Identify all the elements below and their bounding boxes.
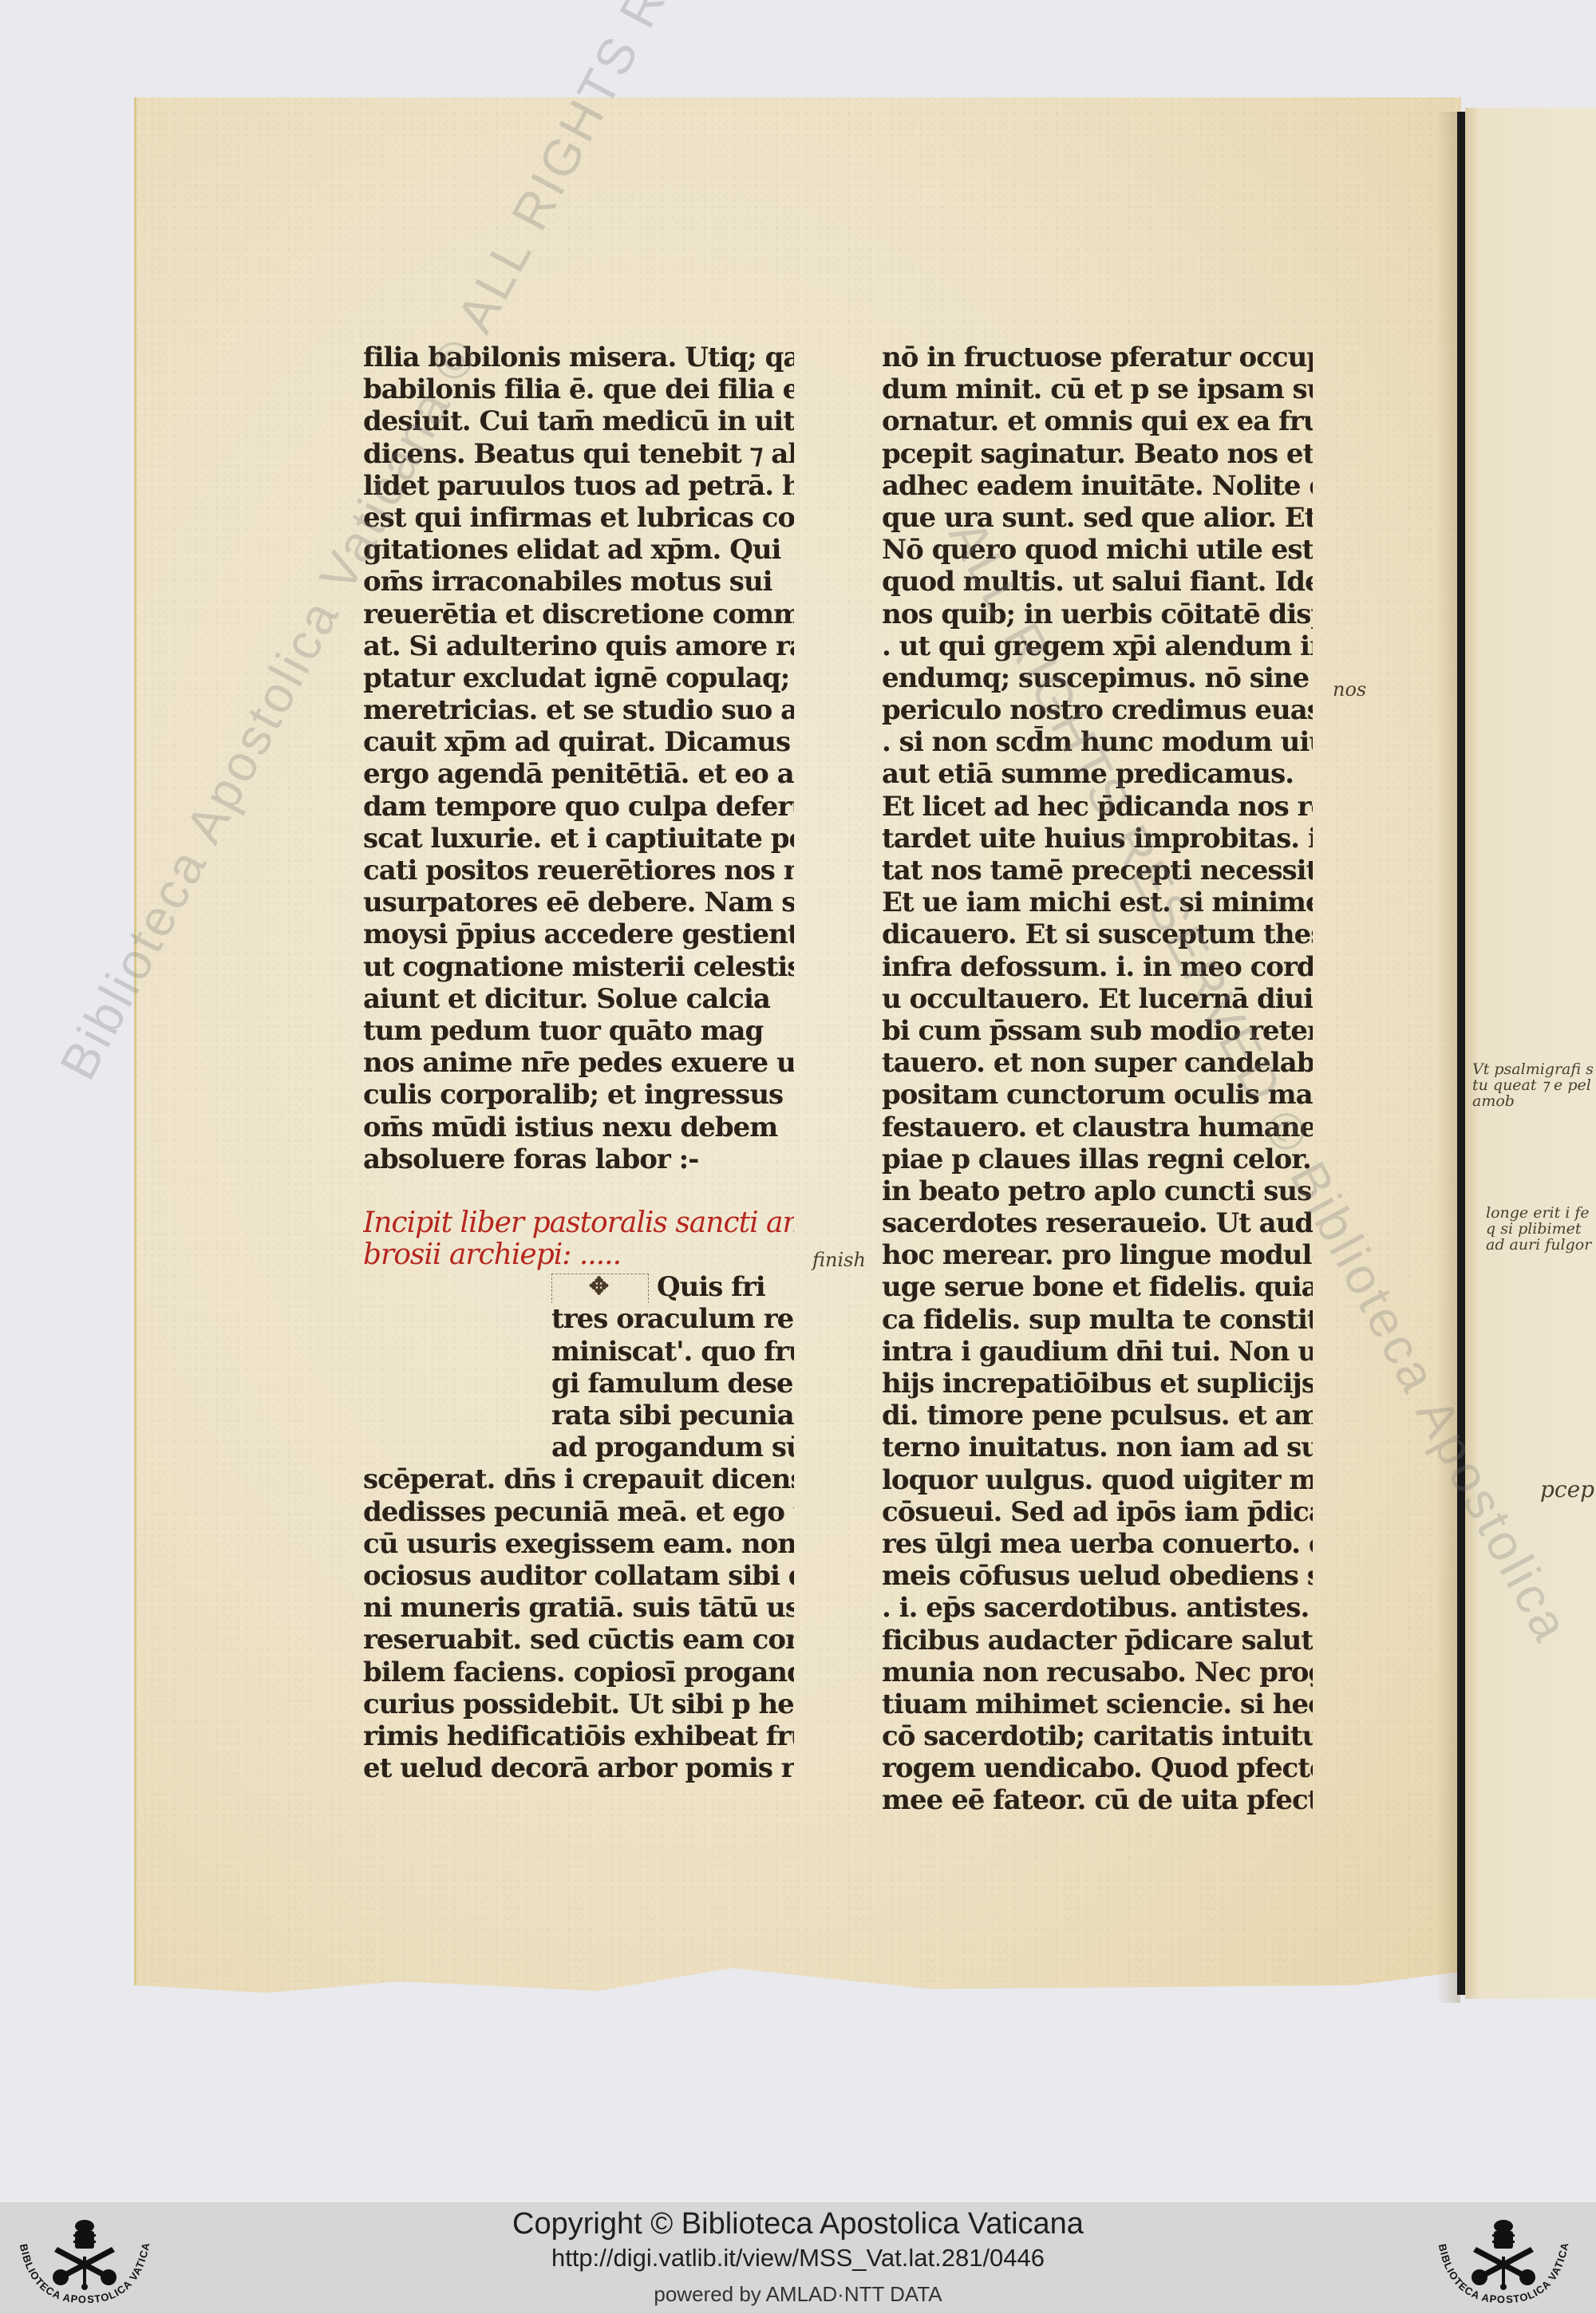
margin-note-finish: finish — [812, 1249, 866, 1271]
manuscript-line: ca fidelis. sup multa te constituam. — [882, 1304, 1313, 1336]
manuscript-line: om̄s irraconabiles motus sui — [363, 566, 794, 598]
manuscript-line: ergo agendā penitētiā. et eo agē — [363, 758, 794, 790]
manuscript-line: reuerētia et discretione commu — [363, 598, 794, 630]
manuscript-line: reseruabit. sed cūctis eam communica — [363, 1624, 794, 1656]
manuscript-line: hijs increpatiōibus et suplicijs sub — [882, 1368, 1313, 1400]
manuscript-line: ptatur excludat ignē copulaq; — [363, 662, 794, 694]
manuscript-line: pcepit saginatur. Beato nos et aplo — [882, 438, 1313, 470]
manuscript-line: meis cōfusus uelud obediens seruus. — [882, 1560, 1313, 1592]
copyright-text: Copyright © Biblioteca Apostolica Vatica… — [0, 2207, 1596, 2241]
manuscript-line: dum minit. cū et p se ipsam suis pomi — [882, 373, 1313, 405]
manuscript-line: tat nos tamē precepti necessitas. — [882, 855, 1313, 887]
manuscript-line: ni muneris gratiā. suis tātū usib; — [363, 1592, 794, 1624]
next-leaf — [1465, 108, 1596, 1999]
manuscript-line: nos anime nr̄e pedes exuere ui — [363, 1047, 794, 1079]
manuscript-line: . i. ep̄s sacerdotibus. antistes. pōti — [882, 1592, 1313, 1624]
manuscript-line: rata sibi pecunia q̄ — [363, 1400, 794, 1431]
manuscript-line: tiuam mihimet sciencie. si hec meis — [882, 1688, 1313, 1720]
manuscript-line: Et ue iam michi est. si minime p̄di — [882, 887, 1313, 918]
scan-background: filia babilonis misera. Utiq; qababiloni… — [0, 0, 1596, 2202]
manuscript-line: rogem uendicabo. Quod pfecte uite — [882, 1752, 1313, 1784]
powered-by-text: powered by AMLAD·NTT DATA — [0, 2282, 1596, 2307]
manuscript-line: quod multis. ut salui fiant. Ideo ergo — [882, 566, 1313, 598]
manuscript-line: nos quib; in uerbis cōitatē dispensatio — [882, 598, 1313, 630]
manuscript-line: que ura sunt. sed que alior. Et alibi — [882, 502, 1313, 534]
next-leaf-note-2: longe erit i fe q si plibimet ad auri fu… — [1486, 1205, 1591, 1253]
next-leaf-line: amob — [1472, 1093, 1594, 1109]
manuscript-line: in beato petro aplo cuncti suscepimus — [882, 1175, 1313, 1207]
manuscript-line: est qui infirmas et lubricas co — [363, 502, 794, 534]
manuscript-line: tres oraculum re — [363, 1303, 794, 1335]
manuscript-line: ad progandum sū — [363, 1431, 794, 1463]
manuscript-line: culis corporalib; et ingressus — [363, 1079, 794, 1111]
manuscript-line: gitationes elidat ad xp̄m. Qui — [363, 534, 794, 566]
manuscript-line: aiunt et dicitur. Solue calcia — [363, 983, 794, 1015]
manuscript-line: dam tempore quo culpa deferue — [363, 791, 794, 823]
next-leaf-note-1: Vt psalmigrafi s tu queat ⁊ e pel amob — [1472, 1061, 1594, 1109]
manuscript-line: cōsueui. Sed ad ipōs iam p̄dicato — [882, 1496, 1313, 1528]
manuscript-line: dicauero. Et si susceptum thesaurū — [882, 918, 1313, 950]
manuscript-line: cati positos reuerētiores nos nō — [363, 855, 794, 887]
manuscript-line: cō sacerdotib; caritatis intuitu. pre — [882, 1720, 1313, 1752]
manuscript-line: terno inuitatus. non iam ad subditum — [882, 1431, 1313, 1463]
manuscript-line: intra i gaudium dn̄i tui. Non uerens — [882, 1336, 1313, 1368]
manuscript-line: infra defossum. i. in meo corde di — [882, 951, 1313, 983]
manuscript-line: curius possidebit. Ut sibi p hec et plu — [363, 1688, 794, 1720]
manuscript-line: hoc merear. pro lingue modulo. E — [882, 1239, 1313, 1271]
next-leaf-line: tu queat ⁊ e pel — [1472, 1077, 1594, 1093]
manuscript-line: lidet paruulos tuos ad petrā. hec — [363, 470, 794, 502]
spacer — [363, 1175, 794, 1207]
manuscript-line: adhec eadem inuitāte. Nolite querere — [882, 470, 1313, 502]
manuscript-line: ociosus auditor collatam sibi diui — [363, 1560, 794, 1592]
manuscript-line: bilem faciens. copiosī progando se — [363, 1657, 794, 1688]
manuscript-line: et uelud decorā arbor pomis referta i — [363, 1752, 794, 1784]
manuscript-line: piae p claues illas regni celor. qua — [882, 1143, 1313, 1175]
manuscript-line: cauit xp̄m ad quirat. Dicamus — [363, 726, 794, 758]
next-leaf-line: longe erit i fe — [1486, 1205, 1591, 1221]
manuscript-line: scat luxurie. et i captiuitate pec — [363, 823, 794, 855]
manuscript-line: usurpatores eē debere. Nam si — [363, 887, 794, 918]
decorated-initial-icon — [551, 1273, 649, 1303]
manuscript-line: miniscat'. quo fru — [363, 1336, 794, 1368]
manuscript-line: meretricias. et se studio suo abdi — [363, 694, 794, 726]
manuscript-line: gi famulum dese — [363, 1368, 794, 1400]
viewer-footer: Copyright © Biblioteca Apostolica Vatica… — [0, 2202, 1596, 2314]
text-column-left: filia babilonis misera. Utiq; qababiloni… — [363, 342, 794, 1784]
papal-coat-of-arms-icon: BIBLIOTECA APOSTOLICA VATICANA — [5, 2209, 164, 2309]
papal-coat-of-arms-icon: BIBLIOTECA APOSTOLICA VATICANA — [1424, 2209, 1583, 2309]
manuscript-line: dedisses pecuniā meā. et ego ueiens — [363, 1496, 794, 1528]
next-leaf-line: q si plibimet — [1486, 1221, 1591, 1237]
manuscript-line: di. timore pene pculsus. et amore fi — [882, 1400, 1313, 1431]
manuscript-line: mee eē fateor. cū de uita pfecta al — [882, 1784, 1313, 1816]
manuscript-line: om̄s mūdi istius nexu debem — [363, 1112, 794, 1143]
manuscript-line: loquor uulgus. quod uigiter mone — [882, 1464, 1313, 1496]
next-leaf-line: ad auri fulgor — [1486, 1237, 1591, 1253]
manuscript-line: ut cognatione misterii celestis — [363, 951, 794, 983]
manuscript-line: munia non recusabo. Nec proga — [882, 1657, 1313, 1688]
manuscript-line: rimis hedificatiōis exhibeat fructū. — [363, 1720, 794, 1752]
manuscript-line: endumq; suscepimus. nō sine igēti i — [882, 662, 1313, 694]
spine-gap — [1457, 112, 1465, 1995]
manuscript-line: cū usuris exegissem eam. non iam — [363, 1528, 794, 1560]
manuscript-line: Quis fri — [363, 1271, 794, 1303]
manuscript-line: brosii archiepi: ..... — [363, 1239, 794, 1271]
manuscript-line: uge serue bone et fidelis. quia impau — [882, 1271, 1313, 1303]
manuscript-line: sacerdotes reseraueio. Ut audire p — [882, 1207, 1313, 1239]
manuscript-line: res ūlgi mea uerba conuerto. et ar — [882, 1528, 1313, 1560]
manuscript-line: moysi p̄pius accedere gestienti — [363, 918, 794, 950]
manuscript-line: at. Si adulterino quis amore ra — [363, 630, 794, 662]
next-leaf-note-3: pcep — [1540, 1476, 1594, 1503]
permalink-url[interactable]: http://digi.vatlib.it/view/MSS_Vat.lat.2… — [0, 2244, 1596, 2273]
manuscript-line: nō in fructuose pferatur occupare t̄ra — [882, 342, 1313, 373]
manuscript-line: ficibus audacter p̄dicare salutis cō — [882, 1625, 1313, 1657]
next-leaf-line: Vt psalmigrafi s — [1472, 1061, 1594, 1077]
manuscript-line: ornatur. et omnis qui ex ea fructum — [882, 405, 1313, 437]
manuscript-line: scēperat. dn̄s i crepauit dicens. tu — [363, 1463, 794, 1495]
manuscript-line: Incipit liber pastoralis sancti am — [363, 1207, 794, 1239]
manuscript-line: tum pedum tuor quāto mag — [363, 1015, 794, 1047]
manuscript-text: Quis fri — [657, 1271, 765, 1303]
manuscript-line: absoluere foras labor :- — [363, 1143, 794, 1175]
manuscript-line: . ut qui gregem xp̄i alendum inuitā — [882, 630, 1313, 662]
margin-note-nos: nos — [1333, 678, 1366, 701]
